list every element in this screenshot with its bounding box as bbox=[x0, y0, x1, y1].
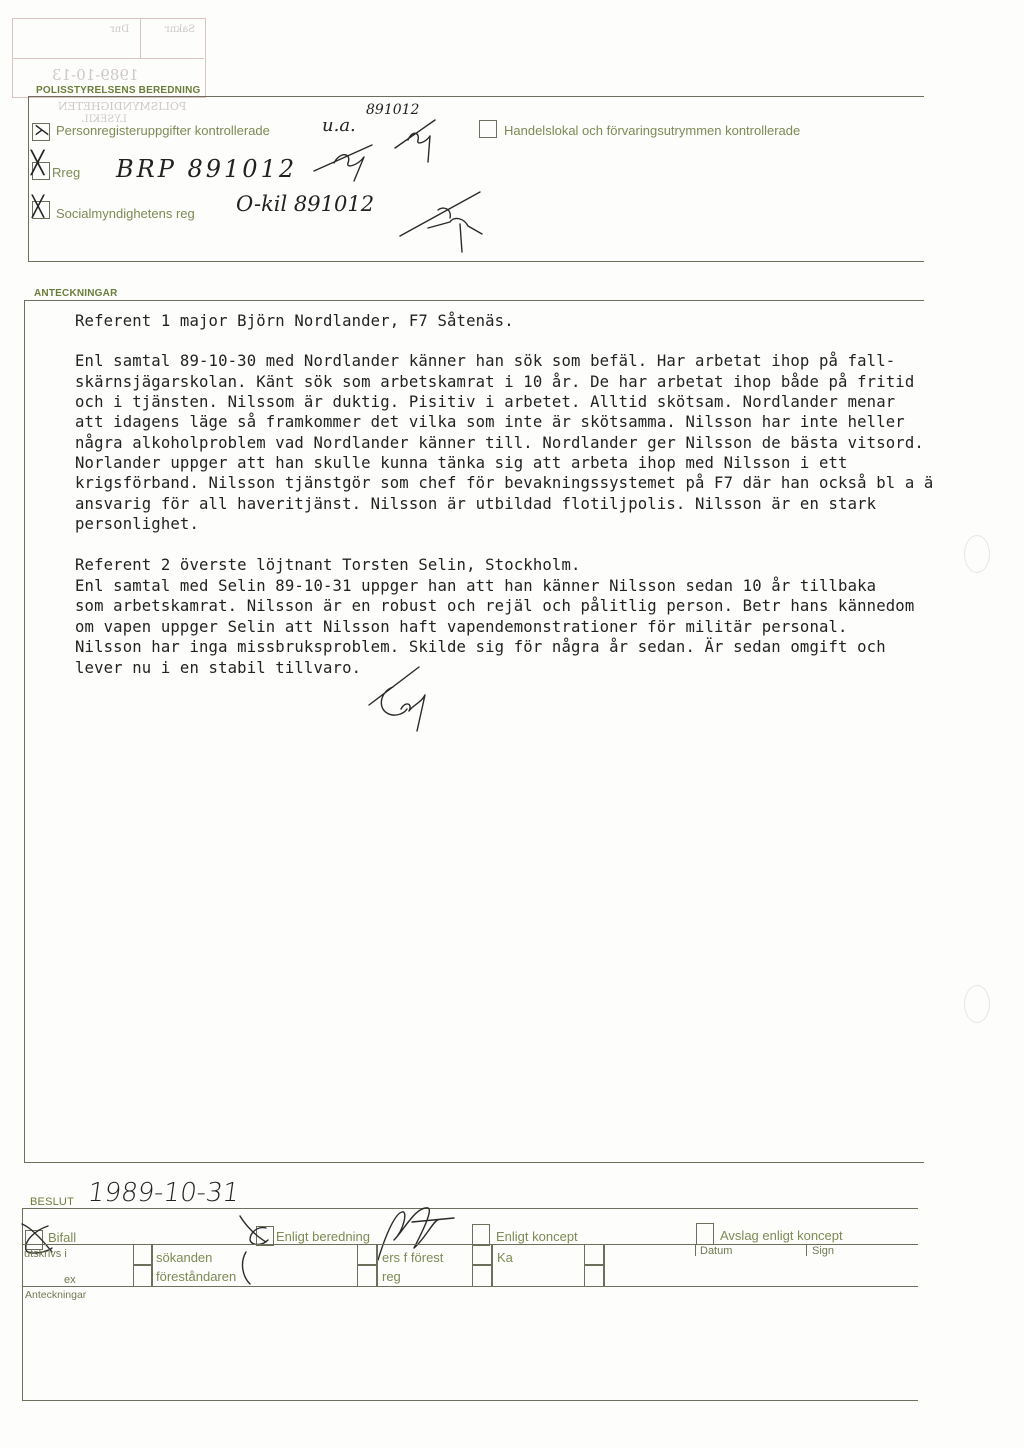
forestandaren-checkbox[interactable] bbox=[133, 1265, 152, 1287]
note-line: Referent 1 major Björn Nordlander, F7 Så… bbox=[75, 311, 514, 331]
stamp-office: POLISMYNDIGHETEN bbox=[58, 100, 186, 113]
utskrivs-label: utskrivs i bbox=[24, 1248, 67, 1260]
beslut-date: 1989-10-31 bbox=[86, 1178, 241, 1208]
note-line: Enl samtal 89-10-30 med Nordlander känne… bbox=[75, 351, 895, 371]
reg-checkbox[interactable] bbox=[357, 1265, 377, 1287]
ex-label: ex bbox=[64, 1274, 76, 1286]
extra-checkbox-top[interactable] bbox=[584, 1244, 604, 1265]
anteckningar-heading: ANTECKNINGAR bbox=[34, 288, 118, 299]
cross-mark-icon bbox=[236, 1212, 276, 1292]
note-line: som arbetskamrat. Nilsson är en robust o… bbox=[75, 596, 914, 616]
note-line: Nilsson har inga missbruksproblem. Skild… bbox=[75, 637, 886, 657]
checkmark-icon: ⋋ bbox=[34, 120, 50, 140]
stamp-saknr-label: Saknr bbox=[165, 24, 195, 35]
rreg-label: Rreg bbox=[52, 165, 80, 180]
note-line: Enl samtal med Selin 89-10-31 uppger han… bbox=[75, 576, 876, 596]
beslut-notes-label: Anteckningar bbox=[25, 1289, 86, 1301]
avslag-label: Avslag enligt koncept bbox=[720, 1228, 843, 1243]
ersf-forest-checkbox[interactable] bbox=[357, 1244, 377, 1265]
note-line: några alkoholproblem vad Nordlander känn… bbox=[75, 433, 924, 453]
rreg-annotation: BRP 891012 bbox=[116, 155, 297, 183]
forestandaren-label: föreståndaren bbox=[156, 1269, 236, 1284]
note-line: och i tjänsten. Nilssom är duktig. Pisit… bbox=[75, 392, 895, 412]
ka-checkbox-top[interactable] bbox=[472, 1244, 492, 1265]
ka-checkbox-bottom[interactable] bbox=[472, 1265, 492, 1287]
note-line: ansvarig för all haveritjänst. Nilsson ä… bbox=[75, 494, 876, 514]
sokanden-checkbox[interactable] bbox=[133, 1244, 152, 1265]
ka-label: Ka bbox=[497, 1250, 513, 1265]
personregister-label: Personregisteruppgifter kontrollerade bbox=[56, 123, 270, 138]
cross-mark-icon: ╳ bbox=[31, 150, 44, 176]
enligt-koncept-label: Enligt koncept bbox=[496, 1229, 578, 1244]
beslut-heading: BESLUT bbox=[30, 1196, 74, 1208]
stamp-dnr-label: Dnr bbox=[110, 24, 129, 35]
stamp-date: 1989-10-13 bbox=[52, 66, 138, 84]
socialmyndighet-label: Socialmyndighetens reg bbox=[56, 206, 195, 221]
reg-label: reg bbox=[382, 1269, 401, 1284]
signature-initials bbox=[398, 188, 488, 258]
signature-initials bbox=[390, 110, 450, 170]
extra-checkbox-bottom[interactable] bbox=[584, 1265, 604, 1287]
avslag-checkbox[interactable] bbox=[696, 1223, 714, 1245]
ersf-forest-label: ers f förest bbox=[382, 1250, 443, 1265]
cross-mark-icon: ╳ bbox=[32, 194, 44, 219]
punch-hole bbox=[964, 535, 990, 573]
beredning-heading: POLISSTYRELSENS BEREDNING bbox=[36, 85, 200, 96]
handelslokal-checkbox[interactable] bbox=[479, 120, 497, 138]
enligt-beredning-label: Enligt beredning bbox=[276, 1229, 370, 1244]
enligt-koncept-checkbox[interactable] bbox=[472, 1224, 490, 1246]
handelslokal-label: Handelslokal och förvaringsutrymmen kont… bbox=[504, 123, 800, 138]
note-line: personlighet. bbox=[75, 514, 199, 534]
signature-initials bbox=[312, 135, 392, 185]
note-line: om vapen uppger Selin att Nilsson haft v… bbox=[75, 617, 848, 637]
punch-hole bbox=[964, 985, 990, 1023]
bifall-label: Bifall bbox=[48, 1230, 76, 1245]
note-line: skärnsjägarskolan. Känt sök som arbetska… bbox=[75, 372, 914, 392]
sign-label: Sign bbox=[812, 1245, 834, 1257]
personregister-annotation: u.a. bbox=[322, 115, 356, 136]
socialmyndighet-annotation: O-kil 891012 bbox=[236, 192, 374, 216]
handwritten-signature bbox=[365, 665, 465, 735]
note-line: Norlander uppger att han skulle kunna tä… bbox=[75, 453, 848, 473]
datum-label: Datum bbox=[700, 1245, 732, 1257]
note-line: krigsförband. Nilsson tjänstgör som chef… bbox=[75, 473, 933, 493]
note-line: lever nu i en stabil tillvaro. bbox=[75, 658, 361, 678]
sokanden-label: sökanden bbox=[156, 1250, 212, 1265]
note-line: att idagens läge så framkommer det vilka… bbox=[75, 412, 905, 432]
note-line: Referent 2 överste löjtnant Torsten Seli… bbox=[75, 555, 581, 575]
